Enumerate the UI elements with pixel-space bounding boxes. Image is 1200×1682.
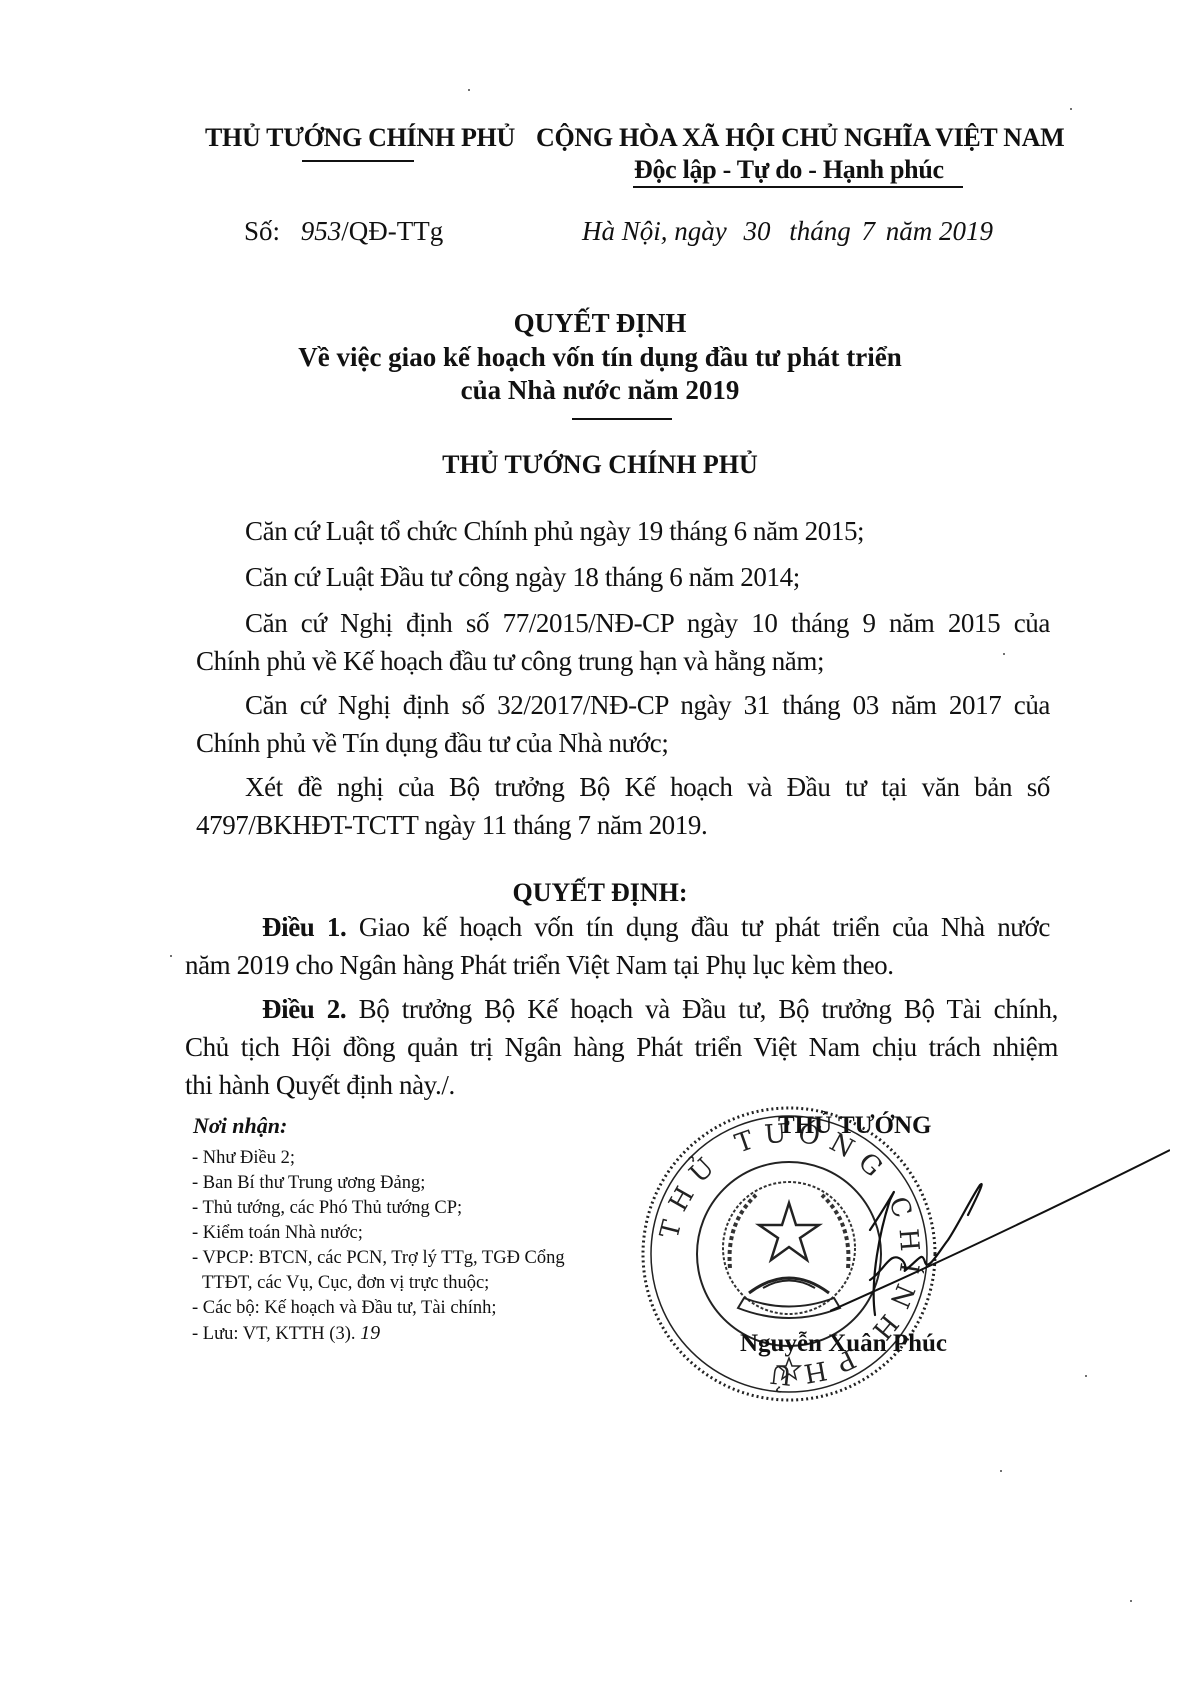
preamble-line: Căn cứ Nghị định số 32/2017/NĐ-CP ngày 3… (245, 690, 1050, 721)
document-subject-line1: Về việc giao kế hoạch vốn tín dụng đầu t… (0, 342, 1200, 373)
day-value: 30 (744, 216, 771, 246)
article-2-line1: Điều 2. Bộ trưởng Bộ Kế hoạch và Đầu tư,… (262, 994, 1058, 1025)
signatory-title: THỦ TƯỚNG (778, 1112, 932, 1140)
month-value: 7 (862, 216, 876, 246)
recipient-item: - Thủ tướng, các Phó Thủ tướng CP; (192, 1196, 462, 1220)
article-2-text: Bộ trưởng Bộ Kế hoạch và Đầu tư, Bộ trưở… (359, 994, 1058, 1024)
motto-underline (633, 186, 963, 188)
article-1-label: Điều 1. (262, 912, 346, 942)
handwritten-initials: 19 (360, 1322, 380, 1344)
article-2-label: Điều 2. (262, 994, 346, 1024)
preamble-line: Xét đề nghị của Bộ trưởng Bộ Kế hoạch và… (245, 772, 1050, 803)
authority-heading: THỦ TƯỚNG CHÍNH PHỦ (0, 450, 1200, 480)
year-label: năm 2019 (886, 216, 993, 246)
number-value: 953 (301, 216, 342, 246)
preamble-line: Căn cứ Nghị định số 77/2015/NĐ-CP ngày 1… (245, 608, 1050, 639)
article-1-text: Giao kế hoạch vốn tín dụng đầu tư phát t… (359, 912, 1050, 942)
scan-noise (1085, 1375, 1087, 1377)
document-number: Số: 953/QĐ-TTg (244, 216, 443, 247)
article-2-line3: thi hành Quyết định này./. (185, 1070, 455, 1101)
month-label: tháng (789, 216, 851, 246)
preamble-line: Căn cứ Luật tổ chức Chính phủ ngày 19 th… (245, 516, 864, 547)
scan-noise (170, 955, 172, 957)
scan-noise (1070, 108, 1072, 110)
national-motto: Độc lập - Tự do - Hạnh phúc (634, 155, 944, 185)
handwritten-signature (830, 1140, 1170, 1340)
number-label: Số: (244, 216, 280, 246)
place-date: Hà Nội, ngày 30 tháng 7 năm 2019 (582, 216, 993, 247)
preamble-line: Chính phủ về Kế hoạch đầu tư công trung … (196, 646, 824, 677)
recipient-item: - Như Điều 2; (192, 1146, 295, 1170)
document-subject-line2: của Nhà nước năm 2019 (0, 375, 1200, 406)
issuer-underline (302, 160, 414, 162)
recipients-title: Nơi nhận: (193, 1113, 287, 1139)
preamble-line: Chính phủ về Tín dụng đầu tư của Nhà nướ… (196, 728, 668, 759)
scan-noise (1003, 653, 1005, 655)
country-name: CỘNG HÒA XÃ HỘI CHỦ NGHĨA VIỆT NAM (536, 123, 1064, 153)
recipient-item-text: - Lưu: VT, KTTH (3). (192, 1324, 360, 1344)
recipient-item: - Các bộ: Kế hoạch và Đầu tư, Tài chính; (192, 1296, 497, 1320)
article-2-line2: Chủ tịch Hội đồng quản trị Ngân hàng Phá… (185, 1032, 1058, 1063)
decision-heading: QUYẾT ĐỊNH: (0, 878, 1200, 908)
document-heading: QUYẾT ĐỊNH (0, 308, 1200, 339)
number-suffix: /QĐ-TTg (341, 216, 443, 246)
signatory-name: Nguyễn Xuân Phúc (740, 1330, 947, 1358)
scan-noise (468, 89, 470, 91)
article-1-line1: Điều 1. Giao kế hoạch vốn tín dụng đầu t… (262, 912, 1050, 943)
recipient-item: - Ban Bí thư Trung ương Đảng; (192, 1171, 425, 1195)
preamble-line: Căn cứ Luật Đầu tư công ngày 18 tháng 6 … (245, 562, 800, 593)
scan-noise (1130, 1600, 1132, 1602)
article-1-line2: năm 2019 cho Ngân hàng Phát triển Việt N… (185, 950, 894, 981)
recipient-item: - Kiểm toán Nhà nước; (192, 1221, 363, 1245)
recipient-item: - VPCP: BTCN, các PCN, Trợ lý TTg, TGĐ C… (192, 1246, 565, 1270)
place-date-prefix: Hà Nội, ngày (582, 216, 727, 246)
title-underline (572, 418, 672, 420)
preamble-line: 4797/BKHĐT-TCTT ngày 11 tháng 7 năm 2019… (196, 810, 707, 841)
recipient-item: TTĐT, các Vụ, Cục, đơn vị trực thuộc; (202, 1271, 489, 1295)
recipient-item: - Lưu: VT, KTTH (3). 19 (192, 1321, 380, 1346)
issuer-name: THỦ TƯỚNG CHÍNH PHỦ (205, 123, 515, 153)
scan-noise (1000, 1470, 1002, 1472)
